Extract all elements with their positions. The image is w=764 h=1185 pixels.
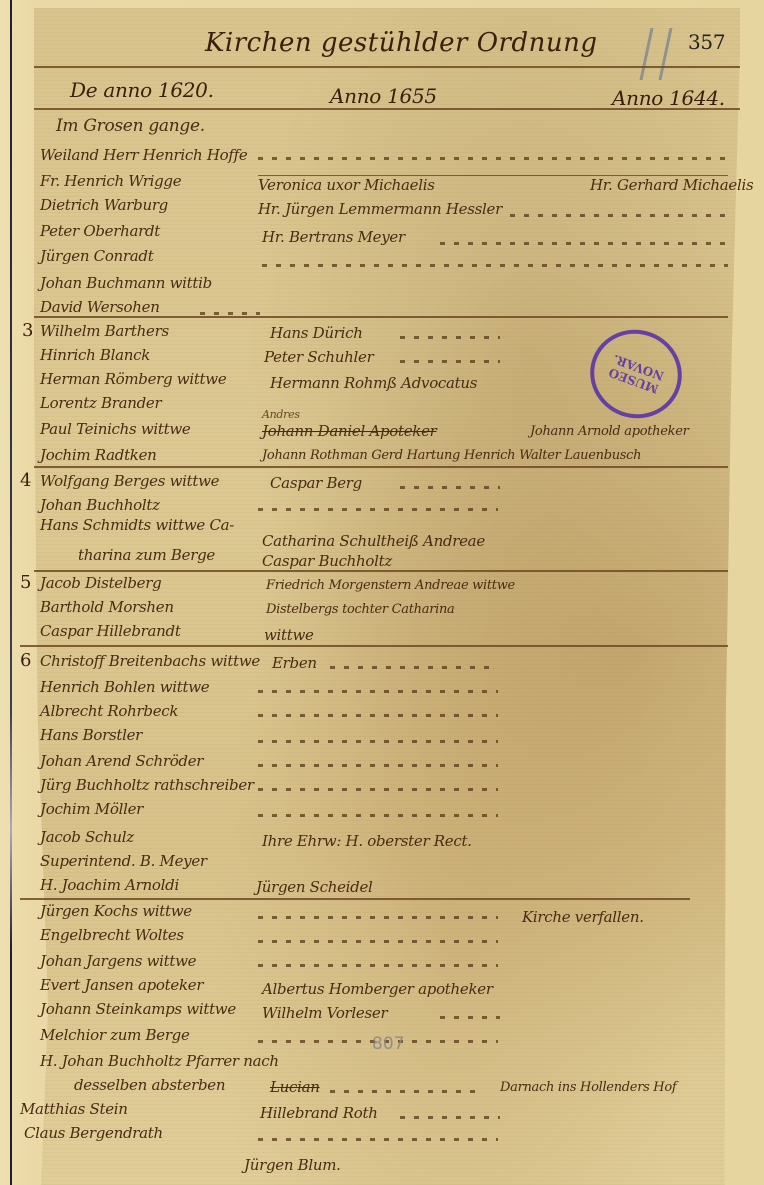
group-rule: [34, 316, 728, 318]
group-rule: [34, 466, 728, 468]
ditto-dots: [258, 940, 498, 943]
entry-1620: Hans Schmidts wittwe Ca-: [40, 516, 234, 534]
entry-1644: Hr. Gerhard Michaelis: [590, 176, 753, 194]
inserted-word: Andres: [262, 408, 300, 421]
section-heading: Im Grosen gange.: [56, 116, 205, 136]
entry-1655: Veronica uxor Michaelis: [258, 176, 435, 194]
ditto-dots: [258, 508, 498, 511]
entry-1620: Christoff Breitenbachs wittwe: [40, 652, 260, 670]
ditto-dots: [258, 788, 498, 791]
entry-1620: Jacob Distelberg: [40, 574, 161, 592]
entry-1655: Hillebrand Roth: [260, 1104, 378, 1122]
entry-1620: Henrich Bohlen wittwe: [40, 678, 209, 696]
entry-1620: Wilhelm Barthers: [40, 322, 169, 340]
entry-1644: Darnach ins Hollenders Hof: [500, 1080, 676, 1095]
entry-1620: Weiland Herr Henrich Hoffe: [40, 146, 247, 164]
group-rule: [20, 898, 690, 900]
pew-number: 3: [22, 320, 33, 341]
entry-1644: Kirche verfallen.: [522, 908, 644, 926]
entry-1620: Fr. Henrich Wrigge: [40, 172, 181, 190]
entry-1620: Engelbrecht Woltes: [40, 926, 184, 944]
entry-1655: Ihre Ehrw: H. oberster Rect.: [262, 832, 472, 850]
ditto-dots: [258, 916, 498, 919]
ditto-dots: [258, 690, 498, 693]
entry-1620: Jürgen Conradt: [40, 247, 153, 265]
ditto-dots: [258, 1138, 498, 1141]
group-rule: [20, 645, 728, 647]
ditto-dots: [330, 666, 498, 669]
entry-1620: Superintend. B. Meyer: [40, 852, 207, 870]
ditto-dots: [258, 157, 728, 160]
entry-1620: Jochim Radtken: [40, 446, 157, 464]
ditto-dots: [258, 814, 498, 817]
entry-1620: Claus Bergendrath: [24, 1124, 163, 1142]
entry-1655: Albertus Homberger apotheker: [262, 980, 493, 998]
entry-1620: Herman Römberg wittwe: [40, 370, 226, 388]
ditto-dots: [440, 1016, 500, 1019]
entry-1655: Hans Dürich: [270, 324, 363, 342]
page-title: Kirchen gestühlder Ordnung: [205, 28, 598, 58]
column-header-1620: De anno 1620.: [70, 78, 214, 102]
entry-1620: Wolfgang Berges wittwe: [40, 472, 219, 490]
entry-1655-struck: Lucian: [270, 1078, 320, 1096]
binding-edge: [10, 0, 12, 1185]
entry-1655: Erben: [272, 654, 317, 672]
pencil-archive-number: 807: [372, 1034, 404, 1054]
entry-1655: Distelbergs tochter Catharina: [266, 602, 455, 617]
entry-1655: Caspar Berg: [270, 474, 362, 492]
entry-1655: Hr. Jürgen Lemmermann Hessler: [258, 200, 502, 218]
ditto-dots: [200, 312, 260, 315]
entry-1644: Johann Arnold apotheker: [530, 424, 689, 439]
ditto-dots: [258, 740, 498, 743]
pew-number: 4: [20, 470, 31, 491]
entry-1620: Melchior zum Berge: [40, 1026, 190, 1044]
entry-1620: Matthias Stein: [20, 1100, 128, 1118]
entry-1620: Barthold Morshen: [40, 598, 174, 616]
entry-1655: Jürgen Scheidel: [256, 878, 373, 896]
entry-1655-struck: Johann Daniel Apoteker: [262, 422, 437, 440]
ditto-dots: [262, 264, 728, 267]
group-rule: [34, 570, 728, 572]
ditto-dots: [400, 360, 500, 363]
column-header-rule: [34, 108, 740, 110]
entry-1620: Peter Oberhardt: [40, 222, 160, 240]
ditto-dots: [400, 1116, 500, 1119]
entry-1620: Evert Jansen apoteker: [40, 976, 203, 994]
column-header-1644: Anno 1644.: [612, 86, 725, 110]
entry-1655: Johann Rothman Gerd Hartung Henrich Walt…: [262, 448, 641, 463]
entry-1620: Johan Buchholtz: [40, 496, 160, 514]
entry-1620: Albrecht Rohrbeck: [40, 702, 178, 720]
pew-number: 6: [20, 650, 31, 671]
entry-1620: David Wersohen: [40, 298, 160, 316]
entry-1620: Johan Jargens wittwe: [40, 952, 196, 970]
ditto-dots: [400, 486, 500, 489]
entry-1620: Jacob Schulz: [40, 828, 134, 846]
entry-1620: Jürg Buchholtz rathschreiber: [40, 776, 254, 794]
ditto-dots: [330, 1090, 480, 1093]
entry-1655: Friedrich Morgenstern Andreae wittwe: [266, 578, 515, 593]
entry-1620: Jochim Möller: [40, 800, 143, 818]
entry-1620: Lorentz Brander: [40, 394, 161, 412]
pew-number: 5: [20, 572, 31, 593]
entry-1655: Catharina Schultheiß Andreae: [262, 532, 485, 550]
entry-1655: Jürgen Blum.: [244, 1156, 341, 1174]
entry-1620-continued: desselben absterben: [74, 1076, 225, 1094]
entry-1620: H. Johan Buchholtz Pfarrer nach: [40, 1052, 279, 1070]
stamp-text: MUSEO NOVAR.: [606, 352, 665, 396]
entry-1655: Hermann Rohmß Advocatus: [270, 374, 477, 392]
entry-1655: Caspar Buchholtz: [262, 552, 392, 570]
ditto-dots: [258, 714, 498, 717]
entry-1620: Dietrich Warburg: [40, 196, 168, 214]
ditto-dots: [258, 964, 498, 967]
entry-1620: H. Joachim Arnoldi: [40, 876, 179, 894]
entry-1620: Johann Steinkamps wittwe: [40, 1000, 236, 1018]
entry-1620: Johan Buchmann wittib: [40, 274, 212, 292]
entry-1620: Hinrich Blanck: [40, 346, 150, 364]
entry-1655: Wilhelm Vorleser: [262, 1004, 387, 1022]
entry-1620-continued: tharina zum Berge: [78, 546, 215, 564]
entry-1620: Hans Borstler: [40, 726, 142, 744]
page-number: 357: [688, 30, 725, 54]
entry-1620: Johan Arend Schröder: [40, 752, 203, 770]
ditto-dots: [510, 214, 728, 217]
ditto-dots: [400, 336, 500, 339]
ditto-dots: [440, 242, 728, 245]
entry-1655: wittwe: [264, 626, 314, 644]
header-rule: [34, 66, 740, 68]
entry-1620: Jürgen Kochs wittwe: [40, 902, 192, 920]
ditto-dots: [258, 764, 498, 767]
entry-1655: Hr. Bertrans Meyer: [262, 228, 405, 246]
entry-1620: Paul Teinichs wittwe: [40, 420, 191, 438]
entry-1620: Caspar Hillebrandt: [40, 622, 181, 640]
entry-1655: Peter Schuhler: [264, 348, 373, 366]
column-header-1655: Anno 1655: [330, 84, 437, 108]
